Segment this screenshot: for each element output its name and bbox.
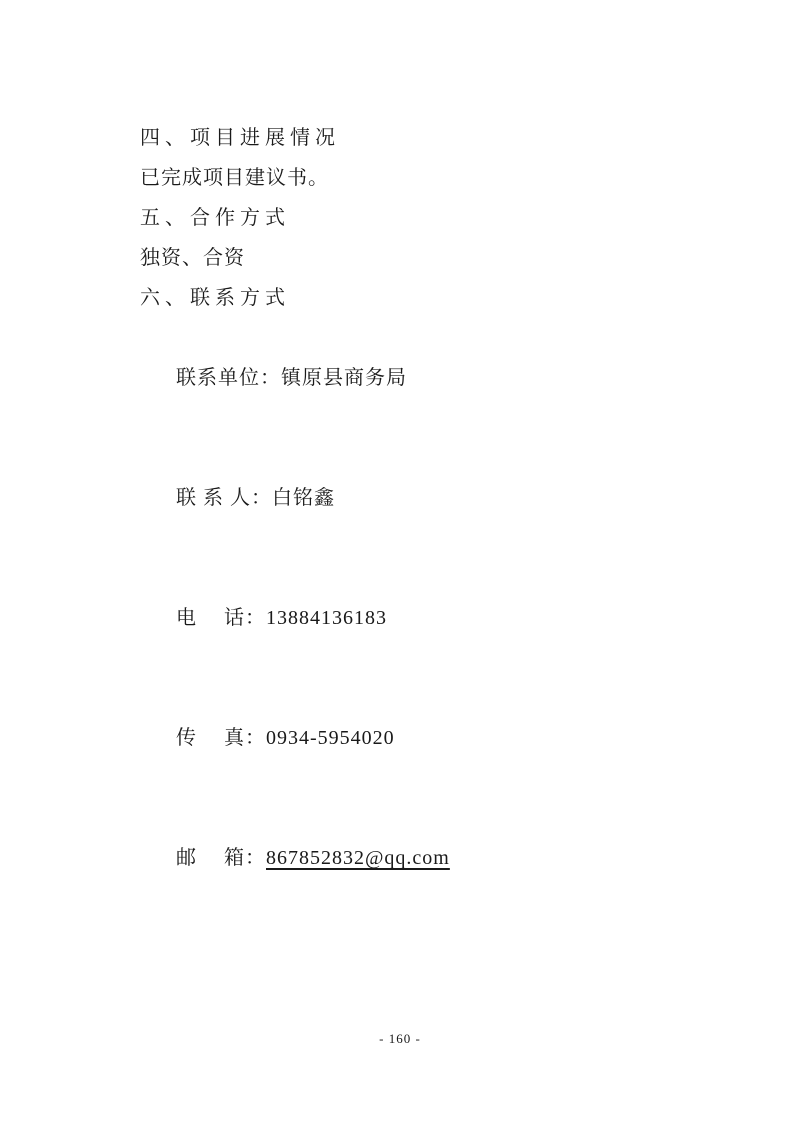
contact-phone-label: 电 话： xyxy=(176,607,266,629)
page-number: - 160 - xyxy=(0,1030,800,1048)
contact-unit-value: 镇原县商务局 xyxy=(281,367,407,389)
project-progress-text: 已完成项目建议书。 xyxy=(140,158,740,198)
document-page: 四、项目进展情况 已完成项目建议书。 五、合作方式 独资、合资 六、联系方式 联… xyxy=(0,0,800,1131)
contact-fax-line: 传 真：0934-5954020 xyxy=(140,678,740,798)
contact-email-line: 邮 箱：867852832@qq.com xyxy=(140,798,740,918)
section-heading-contact-info: 六、联系方式 xyxy=(140,278,740,318)
contact-email-link[interactable]: 867852832@qq.com xyxy=(266,847,450,869)
contact-phone-line: 电 话：13884136183 xyxy=(140,558,740,678)
contact-person-value: 白铭鑫 xyxy=(272,487,335,509)
contact-person-label: 联 系 人： xyxy=(176,487,272,509)
section-heading-cooperation-mode: 五、合作方式 xyxy=(140,198,740,238)
contact-person-line: 联 系 人：白铭鑫 xyxy=(140,438,740,558)
contact-unit-label: 联系单位： xyxy=(176,367,281,389)
contact-unit-line: 联系单位：镇原县商务局 xyxy=(140,318,740,438)
contact-email-label: 邮 箱： xyxy=(176,847,266,869)
section-heading-project-progress: 四、项目进展情况 xyxy=(140,118,740,158)
document-content: 四、项目进展情况 已完成项目建议书。 五、合作方式 独资、合资 六、联系方式 联… xyxy=(140,118,740,918)
cooperation-mode-text: 独资、合资 xyxy=(140,238,740,278)
contact-fax-value: 0934-5954020 xyxy=(266,727,395,749)
contact-phone-value: 13884136183 xyxy=(266,607,387,629)
contact-fax-label: 传 真： xyxy=(176,727,266,749)
